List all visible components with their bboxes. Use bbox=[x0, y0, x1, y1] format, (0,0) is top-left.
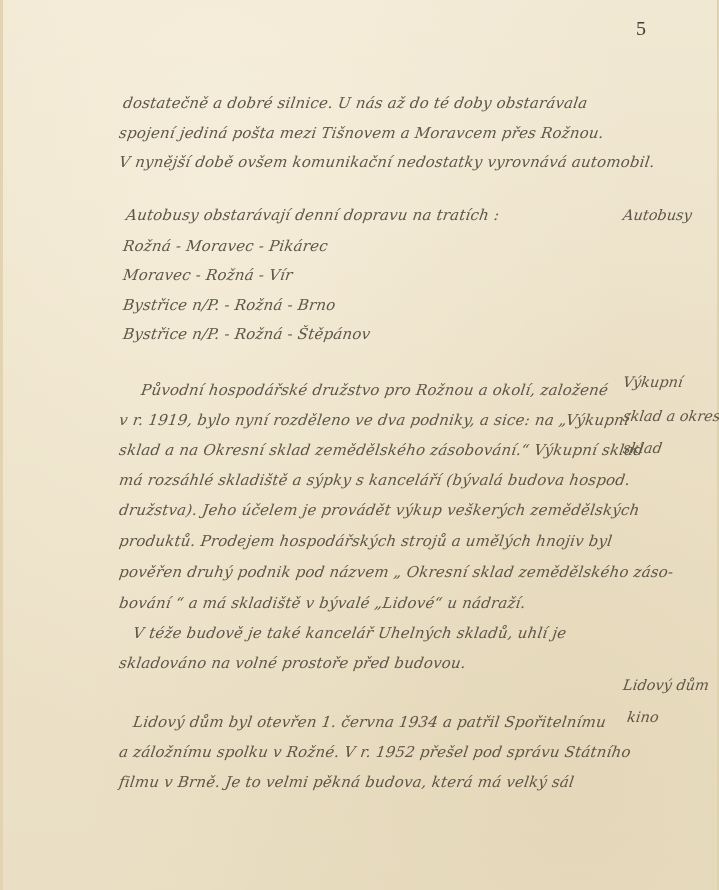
margin-note-sklady: sklad bbox=[622, 441, 663, 457]
margin-note-sklady: Výkupní bbox=[622, 375, 684, 391]
text-line: produktů. Prodejem hospodářských strojů … bbox=[118, 532, 614, 550]
text-line: bování “ a má skladiště v bývalé „Lidové… bbox=[118, 594, 527, 612]
bus-route: Moravec - Rožná - Vír bbox=[122, 266, 294, 284]
text-line: Původní hospodářské družstvo pro Rožnou … bbox=[140, 381, 609, 399]
text-line: spojení jediná pošta mezi Tišnovem a Mor… bbox=[118, 124, 605, 142]
text-line: má rozsáhlé skladiště a sýpky s kancelář… bbox=[118, 471, 631, 489]
text-line: sklad a na Okresní sklad zemědělského zá… bbox=[118, 441, 645, 459]
text-line: v r. 1919, bylo nyní rozděleno ve dva po… bbox=[118, 411, 630, 429]
margin-note-lidovy-dum: Lidový dům bbox=[622, 678, 710, 694]
margin-note-sklady: sklad a okresní bbox=[622, 409, 719, 425]
text-line: družstva). Jeho účelem je provádět výkup… bbox=[118, 501, 641, 519]
text-line: filmu v Brně. Je to velmi pěkná budova, … bbox=[118, 773, 575, 791]
bus-route: Bystřice n/P. - Rožná - Štěpánov bbox=[122, 325, 372, 343]
text-line: a záložnímu spolku v Rožné. V r. 1952 př… bbox=[118, 743, 632, 761]
text-line: pověřen druhý podnik pod názvem „ Okresn… bbox=[118, 563, 675, 581]
margin-note-autobusy: Autobusy bbox=[622, 208, 693, 224]
margin-note-kino: kino bbox=[626, 710, 660, 726]
text-line: skladováno na volné prostoře před budovo… bbox=[118, 654, 467, 672]
bus-intro: Autobusy obstarávají denní dopravu na tr… bbox=[125, 206, 501, 224]
bus-route: Bystřice n/P. - Rožná - Brno bbox=[122, 296, 337, 314]
page-number: 5 bbox=[636, 18, 646, 41]
bus-route: Rožná - Moravec - Pikárec bbox=[122, 237, 329, 255]
text-line: Lidový dům byl otevřen 1. června 1934 a … bbox=[132, 713, 607, 731]
manuscript-page: 5 dostatečně a dobré silnice. U nás až d… bbox=[0, 0, 719, 890]
text-line: V téže budově je také kancelář Uhelných … bbox=[132, 624, 568, 642]
text-line: dostatečně a dobré silnice. U nás až do … bbox=[122, 94, 589, 112]
text-line: V nynější době ovšem komunikační nedosta… bbox=[118, 153, 656, 171]
